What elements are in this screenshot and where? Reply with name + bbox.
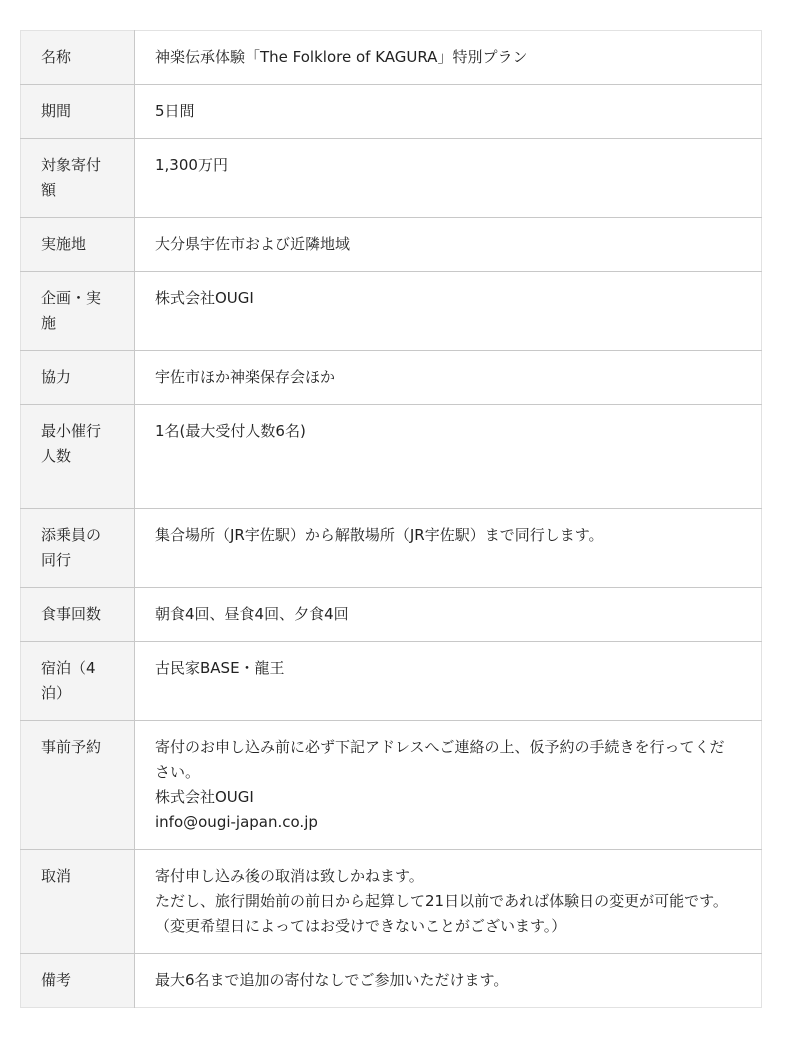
row-organizer: 企画・実施株式会社OUGI xyxy=(21,272,762,351)
row-label: 事前予約 xyxy=(21,721,135,850)
row-label: 対象寄付額 xyxy=(21,139,135,218)
row-label: 企画・実施 xyxy=(21,272,135,351)
row-period: 期間5日間 xyxy=(21,85,762,139)
row-cooperation: 協力宇佐市ほか神楽保存会ほか xyxy=(21,351,762,405)
row-reservation: 事前予約寄付のお申し込み前に必ず下記アドレスへご連絡の上、仮予約の手続きを行って… xyxy=(21,721,762,850)
row-value: 1名(最大受付人数6名) xyxy=(135,405,762,509)
row-label: 宿泊（4泊） xyxy=(21,642,135,721)
row-value: 5日間 xyxy=(135,85,762,139)
row-value: 1,300万円 xyxy=(135,139,762,218)
row-value: 寄付申し込み後の取消は致しかねます。ただし、旅行開始前の前日から起算して21日以… xyxy=(135,850,762,954)
row-value: 株式会社OUGI xyxy=(135,272,762,351)
row-label: 期間 xyxy=(21,85,135,139)
row-label: 最小催行人数 xyxy=(21,405,135,509)
row-value: 朝食4回、昼食4回、夕食4回 xyxy=(135,588,762,642)
row-label: 添乗員の同行 xyxy=(21,509,135,588)
row-value: 大分県宇佐市および近隣地域 xyxy=(135,218,762,272)
row-label: 実施地 xyxy=(21,218,135,272)
row-value: 集合場所（JR宇佐駅）から解散場所（JR宇佐駅）まで同行します。 xyxy=(135,509,762,588)
row-value: 寄付のお申し込み前に必ず下記アドレスへご連絡の上、仮予約の手続きを行ってください… xyxy=(135,721,762,850)
row-lodging: 宿泊（4泊）古民家BASE・龍王 xyxy=(21,642,762,721)
row-min-participants: 最小催行人数1名(最大受付人数6名) xyxy=(21,405,762,509)
row-label: 取消 xyxy=(21,850,135,954)
row-value: 宇佐市ほか神楽保存会ほか xyxy=(135,351,762,405)
row-label: 名称 xyxy=(21,31,135,85)
row-meals: 食事回数朝食4回、昼食4回、夕食4回 xyxy=(21,588,762,642)
row-location: 実施地大分県宇佐市および近隣地域 xyxy=(21,218,762,272)
row-label: 備考 xyxy=(21,954,135,1008)
row-escort: 添乗員の同行集合場所（JR宇佐駅）から解散場所（JR宇佐駅）まで同行します。 xyxy=(21,509,762,588)
row-label: 食事回数 xyxy=(21,588,135,642)
row-name: 名称神楽伝承体験「The Folklore of KAGURA」特別プラン xyxy=(21,31,762,85)
row-cancellation: 取消寄付申し込み後の取消は致しかねます。ただし、旅行開始前の前日から起算して21… xyxy=(21,850,762,954)
row-donation-amount: 対象寄付額1,300万円 xyxy=(21,139,762,218)
row-value: 最大6名まで追加の寄付なしでご参加いただけます。 xyxy=(135,954,762,1008)
contact-email: info@ougi-japan.co.jp xyxy=(155,810,737,835)
row-label: 協力 xyxy=(21,351,135,405)
row-notes: 備考最大6名まで追加の寄付なしでご参加いただけます。 xyxy=(21,954,762,1008)
row-value: 神楽伝承体験「The Folklore of KAGURA」特別プラン xyxy=(135,31,762,85)
plan-details-table: 名称神楽伝承体験「The Folklore of KAGURA」特別プラン 期間… xyxy=(20,30,762,1008)
row-value: 古民家BASE・龍王 xyxy=(135,642,762,721)
